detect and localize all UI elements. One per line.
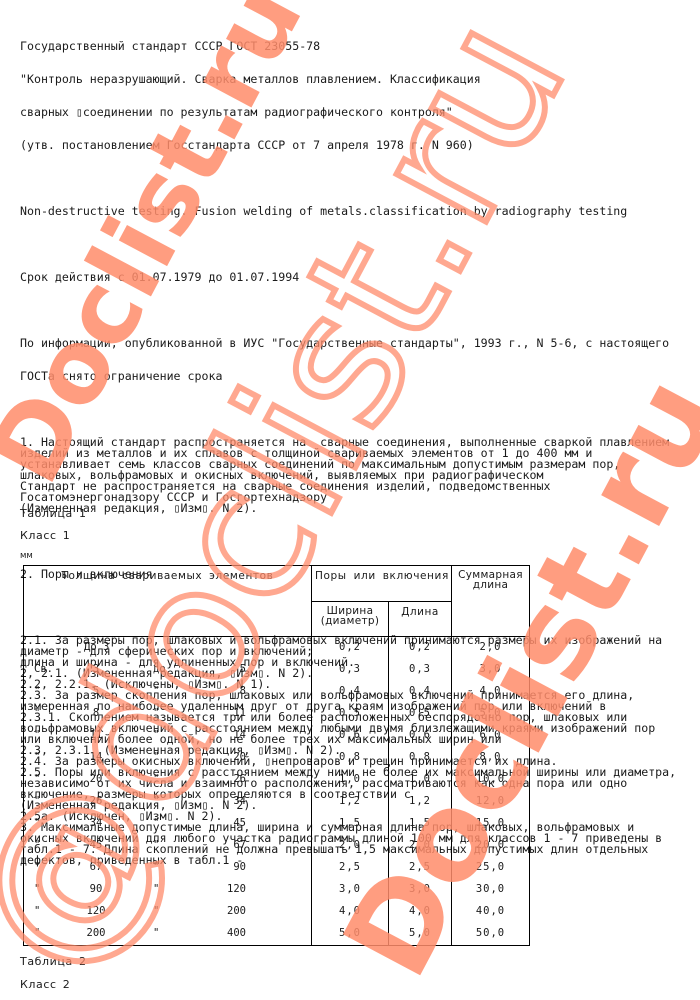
table-row: "90"120 bbox=[24, 879, 311, 901]
length-value: 0,3 bbox=[389, 663, 451, 675]
width-value: 0,8 bbox=[312, 751, 388, 763]
total-length-value: 8,0 bbox=[452, 751, 529, 763]
range-to-word: " bbox=[153, 685, 159, 697]
range-prefix: " bbox=[34, 795, 40, 807]
table-row: 0,8 bbox=[312, 747, 388, 769]
range-from: 14 bbox=[76, 751, 116, 763]
width-value: 0,2 bbox=[312, 641, 388, 653]
total-column: 2,03,04,05,06,08,010,012,015,020,025,030… bbox=[452, 637, 530, 946]
table-row: "26"34 bbox=[24, 791, 311, 813]
range-from: 8 bbox=[76, 707, 116, 719]
range-to: 34 bbox=[233, 795, 246, 807]
width-value: 5,0 bbox=[312, 927, 388, 939]
range-to: 45 bbox=[233, 817, 246, 829]
length-value: 5,0 bbox=[389, 927, 451, 939]
range-prefix: " bbox=[34, 685, 40, 697]
table-row: 2,0 bbox=[389, 835, 451, 857]
table-row: 4,0 bbox=[389, 901, 451, 923]
table-row: 2,0 bbox=[312, 835, 388, 857]
width-value: 0,4 bbox=[312, 685, 388, 697]
section-1: 1. Настоящий стандарт распространяется н… bbox=[20, 437, 676, 514]
thickness-column: До 3Св.3до5"5"8"8"11"11"14"14"20"20"26"2… bbox=[24, 637, 312, 946]
range-to: 400 bbox=[227, 927, 246, 939]
table-row: 3,0 bbox=[389, 879, 451, 901]
table-2-caption: Таблица 2 bbox=[20, 955, 87, 968]
total-length-value: 30,0 bbox=[452, 883, 529, 895]
total-length-value: 5,0 bbox=[452, 707, 529, 719]
range-from: 26 bbox=[76, 795, 116, 807]
range-to-word: " bbox=[153, 751, 159, 763]
length-value: 1,0 bbox=[389, 773, 451, 785]
table-row: "45"67 bbox=[24, 835, 311, 857]
range-prefix: " bbox=[34, 817, 40, 829]
total-length-value: 50,0 bbox=[452, 927, 529, 939]
length-value: 0,5 bbox=[389, 707, 451, 719]
table-row: "8"11 bbox=[24, 703, 311, 725]
header-thickness: Толщина свариваемых элементов bbox=[24, 566, 312, 637]
header-line: "Контроль неразрушающий. Сварка металлов… bbox=[20, 74, 676, 85]
range-to-word: " bbox=[153, 905, 159, 917]
range-to: 200 bbox=[227, 905, 246, 917]
table-row: 25,0 bbox=[452, 857, 529, 879]
length-value: 0,6 bbox=[389, 729, 451, 741]
total-length-value: 2,0 bbox=[452, 641, 529, 653]
range-to: 5 bbox=[240, 663, 246, 675]
length-value: 3,0 bbox=[389, 883, 451, 895]
length-value: 2,5 bbox=[389, 861, 451, 873]
length-value: 4,0 bbox=[389, 905, 451, 917]
width-value: 0,5 bbox=[312, 707, 388, 719]
range-to-word: " bbox=[153, 795, 159, 807]
width-column: 0,20,30,40,50,60,81,01,21,52,02,53,04,05… bbox=[312, 637, 389, 946]
table-row: 30,0 bbox=[452, 879, 529, 901]
info-line: ГОСТа снято ограничение срока bbox=[20, 371, 676, 382]
width-value: 2,5 bbox=[312, 861, 388, 873]
table-row: 2,5 bbox=[389, 857, 451, 879]
length-value: 0,2 bbox=[389, 641, 451, 653]
table-row: 0,5 bbox=[312, 703, 388, 725]
range-from: 90 bbox=[76, 883, 116, 895]
table-row: 0,5 bbox=[389, 703, 451, 725]
range-to: 11 bbox=[233, 707, 246, 719]
range-to-word: до bbox=[153, 663, 166, 675]
table-row: 1,0 bbox=[389, 769, 451, 791]
length-value: 0,4 bbox=[389, 685, 451, 697]
width-value: 1,5 bbox=[312, 817, 388, 829]
range-to-word: " bbox=[153, 707, 159, 719]
header-pores: Поры или включения bbox=[312, 566, 452, 602]
range-to: 67 bbox=[233, 839, 246, 851]
table-row: "14"20 bbox=[24, 747, 311, 769]
range-prefix: " bbox=[34, 861, 40, 873]
header-width: Ширина (диаметр) bbox=[312, 601, 389, 637]
table-row: 5,0 bbox=[312, 923, 388, 945]
table-row: 1,2 bbox=[312, 791, 388, 813]
range-from: 67 bbox=[76, 861, 116, 873]
table-row: 4,0 bbox=[452, 681, 529, 703]
table-row: 1,5 bbox=[312, 813, 388, 835]
info-line: По информации, опубликованной в ИУС "Гос… bbox=[20, 338, 676, 349]
total-length-value: 40,0 bbox=[452, 905, 529, 917]
range-prefix: " bbox=[34, 839, 40, 851]
table-row: 1,5 bbox=[389, 813, 451, 835]
table-row: 6,0 bbox=[452, 725, 529, 747]
total-length-value: 20,0 bbox=[452, 839, 529, 851]
total-length-value: 12,0 bbox=[452, 795, 529, 807]
table-row: "11"14 bbox=[24, 725, 311, 747]
table-row: 3,0 bbox=[452, 659, 529, 681]
table-row: 0,2 bbox=[312, 637, 388, 659]
width-value: 1,2 bbox=[312, 795, 388, 807]
table-row: 2,0 bbox=[452, 637, 529, 659]
length-column: 0,20,30,40,50,60,81,01,21,52,02,53,04,05… bbox=[389, 637, 452, 946]
range-to: 90 bbox=[233, 861, 246, 873]
document-page: Государственный стандарт СССР ГОСТ 23055… bbox=[0, 0, 700, 1000]
table-row: 50,0 bbox=[452, 923, 529, 945]
range-from: 200 bbox=[76, 927, 116, 939]
table-row: 0,2 bbox=[389, 637, 451, 659]
table-row: 0,3 bbox=[312, 659, 388, 681]
table-row: 0,4 bbox=[312, 681, 388, 703]
total-length-value: 15,0 bbox=[452, 817, 529, 829]
range-prefix: " bbox=[34, 773, 40, 785]
table-row: "120"200 bbox=[24, 901, 311, 923]
total-length-value: 3,0 bbox=[452, 663, 529, 675]
width-value: 4,0 bbox=[312, 905, 388, 917]
table-row: 0,6 bbox=[389, 725, 451, 747]
range-from: 45 bbox=[76, 839, 116, 851]
total-length-value: 6,0 bbox=[452, 729, 529, 741]
table-row: "34"45 bbox=[24, 813, 311, 835]
table-row: 1,0 bbox=[312, 769, 388, 791]
range-to: 8 bbox=[240, 685, 246, 697]
range-from: 11 bbox=[76, 729, 116, 741]
width-value: 0,6 bbox=[312, 729, 388, 741]
thickness-range: До 3 bbox=[84, 641, 109, 653]
range-to-word: " bbox=[153, 861, 159, 873]
table-1-caption: Таблица 1 bbox=[20, 507, 87, 520]
range-prefix: " bbox=[34, 905, 40, 917]
table-row: 5,0 bbox=[452, 703, 529, 725]
header-line: Государственный стандарт СССР ГОСТ 23055… bbox=[20, 41, 676, 52]
range-to-word: " bbox=[153, 817, 159, 829]
table-row: 0,8 bbox=[389, 747, 451, 769]
range-to-word: " bbox=[153, 773, 159, 785]
validity-period: Срок действия с 01.07.1979 до 01.07.1994 bbox=[20, 272, 676, 283]
range-prefix: " bbox=[34, 751, 40, 763]
table-row: 40,0 bbox=[452, 901, 529, 923]
width-value: 3,0 bbox=[312, 883, 388, 895]
range-prefix: " bbox=[34, 707, 40, 719]
total-length-value: 4,0 bbox=[452, 685, 529, 697]
table-row: 0,3 bbox=[389, 659, 451, 681]
table-row: 10,0 bbox=[452, 769, 529, 791]
length-value: 0,8 bbox=[389, 751, 451, 763]
range-prefix: " bbox=[34, 729, 40, 741]
range-prefix: " bbox=[34, 883, 40, 895]
range-from: 3 bbox=[76, 663, 116, 675]
range-prefix: " bbox=[34, 927, 40, 939]
english-title: Non-destructive testing. Fusion welding … bbox=[20, 206, 676, 217]
range-to-word: " bbox=[153, 729, 159, 741]
table-row: 20,0 bbox=[452, 835, 529, 857]
total-length-value: 25,0 bbox=[452, 861, 529, 873]
total-length-value: 10,0 bbox=[452, 773, 529, 785]
table-1: Толщина свариваемых элементов Поры или в… bbox=[23, 565, 530, 946]
width-value: 1,0 bbox=[312, 773, 388, 785]
length-value: 2,0 bbox=[389, 839, 451, 851]
table-row: 2,5 bbox=[312, 857, 388, 879]
range-to: 20 bbox=[233, 751, 246, 763]
width-value: 0,3 bbox=[312, 663, 388, 675]
table-row: "20"26 bbox=[24, 769, 311, 791]
table-row: 3,0 bbox=[312, 879, 388, 901]
length-value: 1,2 bbox=[389, 795, 451, 807]
range-to-word: " bbox=[153, 927, 159, 939]
table-1-class: Класс 1 bbox=[20, 529, 70, 542]
range-to: 14 bbox=[233, 729, 246, 741]
table-row: 4,0 bbox=[312, 901, 388, 923]
range-from: 120 bbox=[76, 905, 116, 917]
header-line: сварных ▯соединении по результатам радио… bbox=[20, 107, 676, 118]
table-row: "67"90 bbox=[24, 857, 311, 879]
range-prefix: Св. bbox=[34, 663, 53, 675]
table-row: 0,6 bbox=[312, 725, 388, 747]
table-2-class: Класс 2 bbox=[20, 978, 70, 991]
range-from: 34 bbox=[76, 817, 116, 829]
length-value: 1,5 bbox=[389, 817, 451, 829]
range-to: 120 bbox=[227, 883, 246, 895]
range-to: 26 bbox=[233, 773, 246, 785]
table-row: 8,0 bbox=[452, 747, 529, 769]
table-row: Св.3до5 bbox=[24, 659, 311, 681]
table-row: 15,0 bbox=[452, 813, 529, 835]
table-row: 12,0 bbox=[452, 791, 529, 813]
table-row: 5,0 bbox=[389, 923, 451, 945]
header-line: (утв. постановлением Госстандарта СССР о… bbox=[20, 140, 676, 151]
range-to-word: " bbox=[153, 883, 159, 895]
range-from: 20 bbox=[76, 773, 116, 785]
width-value: 2,0 bbox=[312, 839, 388, 851]
table-row: 0,4 bbox=[389, 681, 451, 703]
table-row: До 3 bbox=[24, 637, 311, 659]
table-row: "5"8 bbox=[24, 681, 311, 703]
header-total-length: Суммарная длина bbox=[452, 566, 530, 637]
table-row: 1,2 bbox=[389, 791, 451, 813]
text-line: (Измененная редакция, ▯Изм▯. N 2). bbox=[20, 503, 676, 514]
range-to-word: " bbox=[153, 839, 159, 851]
range-from: 5 bbox=[76, 685, 116, 697]
table-1-unit: мм bbox=[20, 551, 33, 561]
header-length: Длина bbox=[389, 601, 452, 637]
table-row: "200"400 bbox=[24, 923, 311, 945]
